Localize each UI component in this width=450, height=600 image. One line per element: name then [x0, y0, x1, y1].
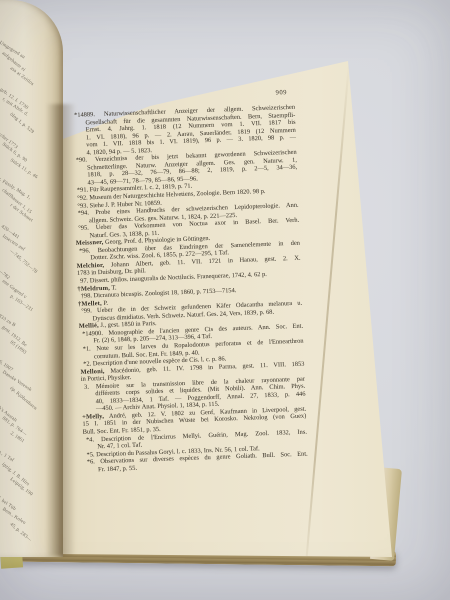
text-block: *14889. Naturwissenschaftlicher Anzeiger…	[71, 104, 308, 474]
book-photo: der Umgegend auaufgebaute eiasa at Zeitl…	[0, 0, 450, 600]
gutter-shadow	[46, 104, 76, 556]
